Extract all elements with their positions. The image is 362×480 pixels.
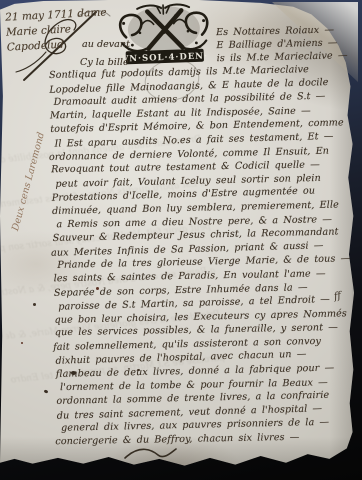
ink-spot xyxy=(96,287,99,290)
body-lines: Sontliqua fut podouits damijs ils M.te M… xyxy=(49,62,362,449)
ink-spot xyxy=(33,303,36,306)
header-lines: Es Nottaires Roiaux — E Bailliage d'Amie… xyxy=(216,23,353,65)
manuscript-text: Es Nottaires Roiaux — E Bailliage d'Amie… xyxy=(48,23,361,449)
manuscript-photo: Dramoault audit amiens dont la possibili… xyxy=(0,0,362,480)
ink-spot xyxy=(71,371,76,375)
ink-spot xyxy=(21,342,23,344)
ink-spot xyxy=(137,369,140,371)
